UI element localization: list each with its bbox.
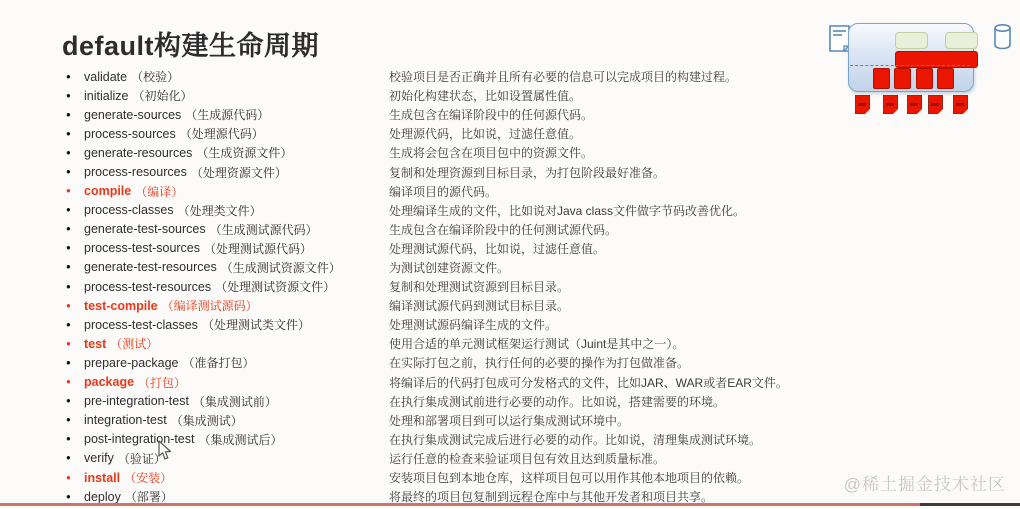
- bullet-icon: ●: [66, 397, 84, 405]
- bullet-icon: ●: [66, 111, 84, 119]
- phase-zh-label: （安装）: [124, 469, 172, 486]
- phase-name: test-compile: [84, 299, 158, 313]
- phase-zh-label: （编译测试源码）: [162, 297, 258, 314]
- bullet-icon: ●: [66, 435, 84, 443]
- phase-name: process-test-sources: [84, 241, 200, 255]
- phase-name: verify: [84, 451, 114, 465]
- red-phase-block: [937, 68, 954, 89]
- phase-zh-label: （准备打包）: [183, 354, 255, 371]
- bullet-icon: ●: [66, 302, 84, 310]
- mouse-cursor: [158, 440, 173, 461]
- bullet-icon: ●: [66, 225, 84, 233]
- phase-item-process-sources: ●process-sources（处理源代码）: [66, 124, 386, 143]
- phase-item-package: ●package（打包）: [66, 373, 386, 392]
- phase-name: process-resources: [84, 165, 187, 179]
- phase-description: 生成包含在编译阶段中的任何测试源代码。: [389, 220, 1014, 239]
- bullet-icon: ●: [66, 92, 84, 100]
- phase-description: 处理测试源码编译生成的文件。: [389, 315, 1014, 334]
- phase-name: compile: [84, 184, 131, 198]
- bullet-icon: ●: [66, 416, 84, 424]
- phase-description: 将编译后的代码打包成可分发格式的文件，比如JAR、WAR或者EAR文件。: [389, 373, 1014, 392]
- phase-description: 生成将会包含在项目包中的资源文件。: [389, 143, 1014, 162]
- bullet-icon: ●: [66, 493, 84, 501]
- phase-name: package: [84, 375, 134, 389]
- phase-name: post-integration-test: [84, 432, 194, 446]
- bullet-icon: ●: [66, 378, 84, 386]
- bullet-icon: ●: [66, 454, 84, 462]
- phase-zh-label: （处理测试源代码）: [204, 240, 312, 257]
- bullet-icon: ●: [66, 187, 84, 195]
- phase-name: generate-test-sources: [84, 222, 206, 236]
- phase-item-post-integration-test: ●post-integration-test（集成测试后）: [66, 430, 386, 449]
- phase-description: 在实际打包之前，执行任何的必要的操作为打包做准备。: [389, 353, 1014, 372]
- build-lifecycle-diagram: [826, 20, 1020, 120]
- phase-name: deploy: [84, 490, 121, 504]
- phase-description: 处理测试源代码，比如说，过滤任意值。: [389, 239, 1014, 258]
- green-module-box: [945, 32, 978, 49]
- bullet-icon: ●: [66, 340, 84, 348]
- bullet-icon: ●: [66, 263, 84, 271]
- bullet-icon: ●: [66, 283, 84, 291]
- phase-description: 运行任意的检查来验证项目包有效且达到质量标准。: [389, 449, 1014, 468]
- phase-name: generate-resources: [84, 146, 192, 160]
- phase-name: pre-integration-test: [84, 394, 189, 408]
- phase-zh-label: （处理类文件）: [178, 202, 262, 219]
- bullet-icon: ●: [66, 321, 84, 329]
- phase-item-test: ●test（测试）: [66, 334, 386, 353]
- phase-zh-label: （打包）: [138, 374, 186, 391]
- phase-name: generate-test-resources: [84, 260, 217, 274]
- phase-zh-label: （生成测试源代码）: [210, 221, 318, 238]
- video-progress-bar[interactable]: [0, 503, 1020, 506]
- phase-item-prepare-package: ●prepare-package（准备打包）: [66, 353, 386, 372]
- bullet-icon: ●: [66, 149, 84, 157]
- document-icon: [855, 95, 870, 114]
- phase-name: integration-test: [84, 413, 167, 427]
- document-icon: [883, 95, 898, 114]
- phase-name: process-classes: [84, 203, 174, 217]
- document-icon: [928, 95, 943, 114]
- phase-item-compile: ●compile（编译）: [66, 182, 386, 201]
- phase-name: prepare-package: [84, 356, 179, 370]
- phase-zh-label: （生成源代码）: [185, 106, 269, 123]
- phase-zh-label: （处理测试资源文件）: [215, 278, 335, 295]
- phase-zh-label: （编译）: [135, 183, 183, 200]
- phase-name: process-test-classes: [84, 318, 198, 332]
- bullet-icon: ●: [66, 244, 84, 252]
- phase-name: generate-sources: [84, 108, 181, 122]
- phase-description: 使用合适的单元测试框架运行测试（Juint是其中之一）。: [389, 334, 1014, 353]
- phase-item-pre-integration-test: ●pre-integration-test（集成测试前）: [66, 392, 386, 411]
- phase-zh-label: （测试）: [110, 335, 158, 352]
- red-phase-block: [916, 68, 933, 89]
- bullet-icon: ●: [66, 130, 84, 138]
- phase-description: 处理编译生成的文件，比如说对Java class文件做字节码改善优化。: [389, 201, 1014, 220]
- dashed-divider: [850, 65, 970, 66]
- phase-zh-label: （处理测试类文件）: [202, 316, 310, 333]
- watermark: @稀土掘金技术社区: [844, 470, 1006, 495]
- bullet-icon: ●: [66, 359, 84, 367]
- phase-item-initialize: ●initialize（初始化）: [66, 86, 386, 105]
- phase-description: 处理和部署项目到可以运行集成测试环境中。: [389, 411, 1014, 430]
- phase-item-test-compile: ●test-compile（编译测试源码）: [66, 296, 386, 315]
- phase-description: 在执行集成测试完成后进行必要的动作。比如说，清理集成测试环境。: [389, 430, 1014, 449]
- phase-description: 处理源代码，比如说，过滤任意值。: [389, 124, 1014, 143]
- package-container: [848, 23, 974, 92]
- bullet-icon: ●: [66, 206, 84, 214]
- phase-zh-label: （生成资源文件）: [196, 144, 292, 161]
- phase-item-install: ●install（安装）: [66, 468, 386, 487]
- phase-item-process-test-resources: ●process-test-resources（处理测试资源文件）: [66, 277, 386, 296]
- phase-item-process-test-sources: ●process-test-sources（处理测试源代码）: [66, 239, 386, 258]
- red-phase-block: [873, 68, 890, 89]
- note-icon: [829, 25, 850, 57]
- phase-name: test: [84, 337, 106, 351]
- phase-item-verify: ●verify（验证）: [66, 449, 386, 468]
- page-title: default构建生命周期: [62, 24, 319, 63]
- phase-zh-label: （集成测试前）: [193, 393, 277, 410]
- phase-zh-label: （集成测试后）: [198, 431, 282, 448]
- phase-name: process-sources: [84, 127, 176, 141]
- phase-list: ●validate（校验）●initialize（初始化）●generate-s…: [66, 67, 386, 506]
- phase-zh-label: （集成测试）: [171, 412, 243, 429]
- phase-description: 编译测试源代码到测试目标目录。: [389, 296, 1014, 315]
- phase-item-validate: ●validate（校验）: [66, 67, 386, 86]
- phase-item-generate-test-resources: ●generate-test-resources（生成测试资源文件）: [66, 258, 386, 277]
- green-module-box: [895, 32, 928, 49]
- phase-description: 编译项目的源代码。: [389, 182, 1014, 201]
- phase-item-process-classes: ●process-classes（处理类文件）: [66, 201, 386, 220]
- phase-name: initialize: [84, 89, 128, 103]
- bullet-icon: ●: [66, 474, 84, 482]
- phase-name: validate: [84, 70, 127, 84]
- phase-zh-label: （生成测试资源文件）: [221, 259, 341, 276]
- phase-description: 复制和处理测试资源到目标目录。: [389, 277, 1014, 296]
- phase-item-process-test-classes: ●process-test-classes（处理测试类文件）: [66, 315, 386, 334]
- phase-zh-label: （处理资源文件）: [191, 164, 287, 181]
- phase-description: 在执行集成测试前进行必要的动作。比如说，搭建需要的环境。: [389, 392, 1014, 411]
- phase-zh-label: （初始化）: [132, 87, 192, 104]
- phase-item-generate-resources: ●generate-resources（生成资源文件）: [66, 143, 386, 162]
- phase-name: process-test-resources: [84, 280, 211, 294]
- database-icon: [993, 23, 1012, 56]
- progress-remaining-segment: [920, 503, 1020, 506]
- document-icon: [907, 95, 922, 114]
- phase-name: install: [84, 471, 120, 485]
- phase-item-integration-test: ●integration-test（集成测试）: [66, 411, 386, 430]
- phase-description: 复制和处理资源到目标目录，为打包阶段最好准备。: [389, 162, 1014, 181]
- phase-item-generate-sources: ●generate-sources（生成源代码）: [66, 105, 386, 124]
- document-icon: [953, 95, 968, 114]
- progress-played-segment: [0, 503, 920, 506]
- bullet-icon: ●: [66, 73, 84, 81]
- phase-description: 为测试创建资源文件。: [389, 258, 1014, 277]
- phase-item-process-resources: ●process-resources（处理资源文件）: [66, 162, 386, 181]
- phase-item-generate-test-sources: ●generate-test-sources（生成测试源代码）: [66, 220, 386, 239]
- phase-zh-label: （校验）: [131, 68, 179, 85]
- red-phase-block: [894, 68, 911, 89]
- phase-desc-list: 校验项目是否正确并且所有必要的信息可以完成项目的构建过程。初始化构建状态，比如设…: [389, 67, 1014, 506]
- phase-zh-label: （处理源代码）: [180, 125, 264, 142]
- bullet-icon: ●: [66, 168, 84, 176]
